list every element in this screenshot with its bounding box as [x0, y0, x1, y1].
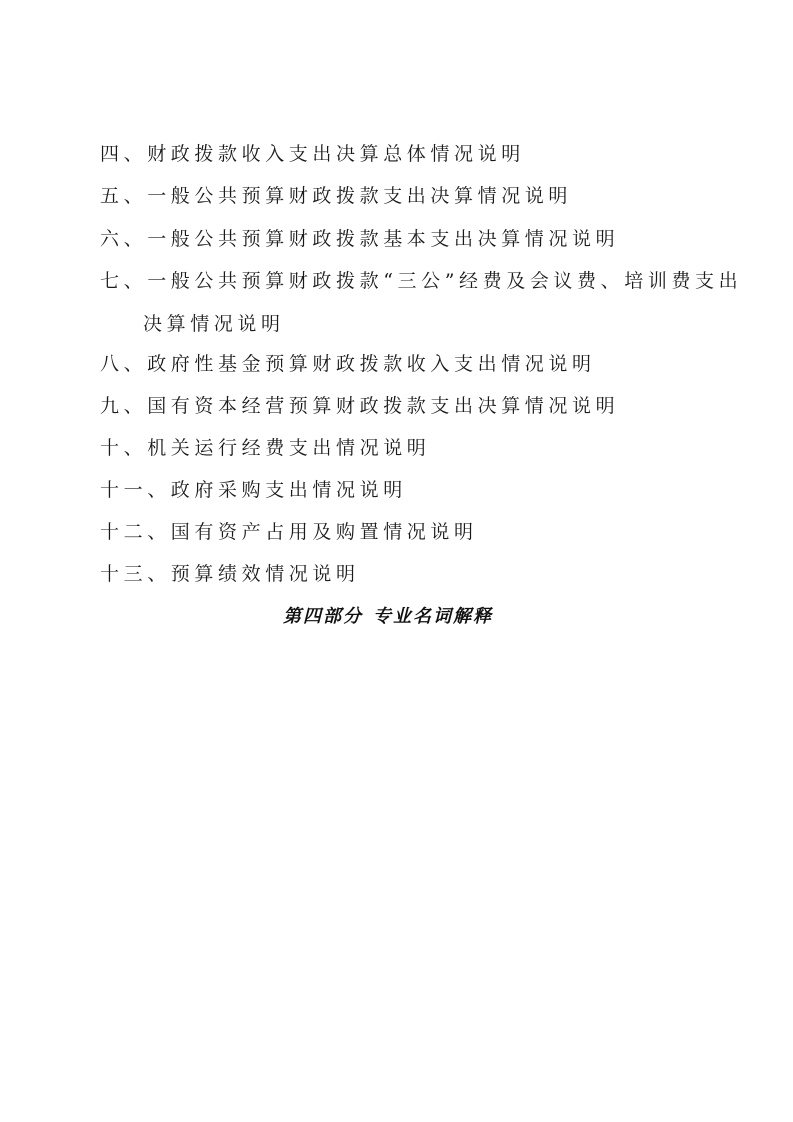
- toc-item-5: 五、一般公共预算财政拨款支出决算情况说明: [100, 184, 572, 208]
- toc-item-6: 六、一般公共预算财政拨款基本支出决算情况说明: [100, 227, 619, 251]
- section-heading: 第四部分专业名词解释: [283, 605, 493, 629]
- toc-item-7-continuation: 决算情况说明: [143, 312, 285, 336]
- toc-item-10: 十、机关运行经费支出情况说明: [100, 436, 430, 460]
- section-title: 专业名词解释: [373, 606, 493, 627]
- section-part: 第四部分: [283, 606, 363, 627]
- toc-item-12: 十二、国有资产占用及购置情况说明: [100, 520, 478, 544]
- toc-item-7: 七、一般公共预算财政拨款“三公”经费及会议费、培训费支出: [100, 269, 742, 293]
- toc-item-9: 九、国有资本经营预算财政拨款支出决算情况说明: [100, 394, 619, 418]
- document-page: 四、财政拨款收入支出决算总体情况说明 五、一般公共预算财政拨款支出决算情况说明 …: [0, 0, 793, 1122]
- toc-item-4: 四、财政拨款收入支出决算总体情况说明: [100, 142, 525, 166]
- toc-item-11: 十一、政府采购支出情况说明: [100, 478, 407, 502]
- toc-item-13: 十三、预算绩效情况说明: [100, 562, 360, 586]
- toc-item-8: 八、政府性基金预算财政拨款收入支出情况说明: [100, 352, 596, 376]
